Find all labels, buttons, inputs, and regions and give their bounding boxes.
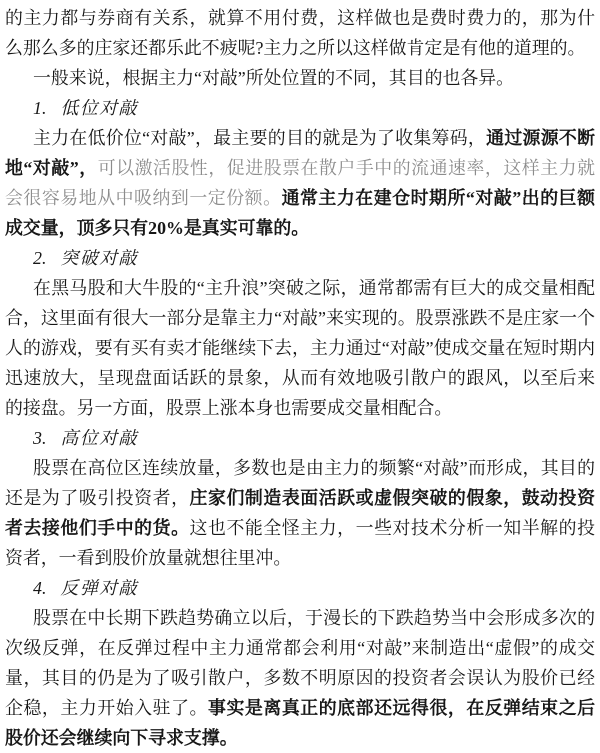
paragraph-continuation: 的主力都与券商有关系，就算不用付费，这样做也是费时费力的，那为什么那么多的庄家还… bbox=[5, 3, 595, 63]
section-heading-2: 2.突破对敲 bbox=[5, 243, 595, 273]
body-text: 主力在低价位“对敲”，最主要的目的就是为了收集筹码， bbox=[33, 128, 486, 148]
heading-number: 2. bbox=[33, 248, 46, 268]
paragraph-rebound: 股票在中长期下跌趋势确立以后，于漫长的下跌趋势当中会形成多次的次级反弹，在反弹过… bbox=[5, 603, 595, 753]
paragraph-low-position: 主力在低价位“对敲”，最主要的目的就是为了收集筹码，通过源源不断地“对敲”，可以… bbox=[5, 123, 595, 243]
paragraph-intro: 一般来说，根据主力“对敲”所处位置的不同，其目的也各异。 bbox=[5, 63, 595, 93]
section-heading-3: 3.高位对敲 bbox=[5, 423, 595, 453]
heading-title: 低位对敲 bbox=[60, 98, 138, 118]
paragraph-high-position: 股票在高位区连续放量，多数也是由主力的频繁“对敲”而形成，其目的还是为了吸引投资… bbox=[5, 453, 595, 573]
heading-title: 高位对敲 bbox=[60, 428, 138, 448]
heading-number: 3. bbox=[33, 428, 46, 448]
body-text: 在黑马股和大牛股的“主升浪”突破之际，通常都需有巨大的成交量相配合，这里面有很大… bbox=[5, 278, 595, 418]
body-text: 的主力都与券商有关系，就算不用付费，这样做也是费时费力的，那为什么那么多的庄家还… bbox=[5, 8, 595, 58]
section-heading-1: 1.低位对敲 bbox=[5, 93, 595, 123]
body-text: 一般来说，根据主力“对敲”所处位置的不同，其目的也各异。 bbox=[33, 68, 514, 88]
heading-title: 反弹对敲 bbox=[60, 578, 138, 598]
heading-title: 突破对敲 bbox=[60, 248, 138, 268]
heading-number: 4. bbox=[33, 578, 46, 598]
book-page: 的主力都与券商有关系，就算不用付费，这样做也是费时费力的，那为什么那么多的庄家还… bbox=[0, 0, 600, 753]
heading-number: 1. bbox=[33, 98, 46, 118]
paragraph-breakout: 在黑马股和大牛股的“主升浪”突破之际，通常都需有巨大的成交量相配合，这里面有很大… bbox=[5, 273, 595, 423]
section-heading-4: 4.反弹对敲 bbox=[5, 573, 595, 603]
